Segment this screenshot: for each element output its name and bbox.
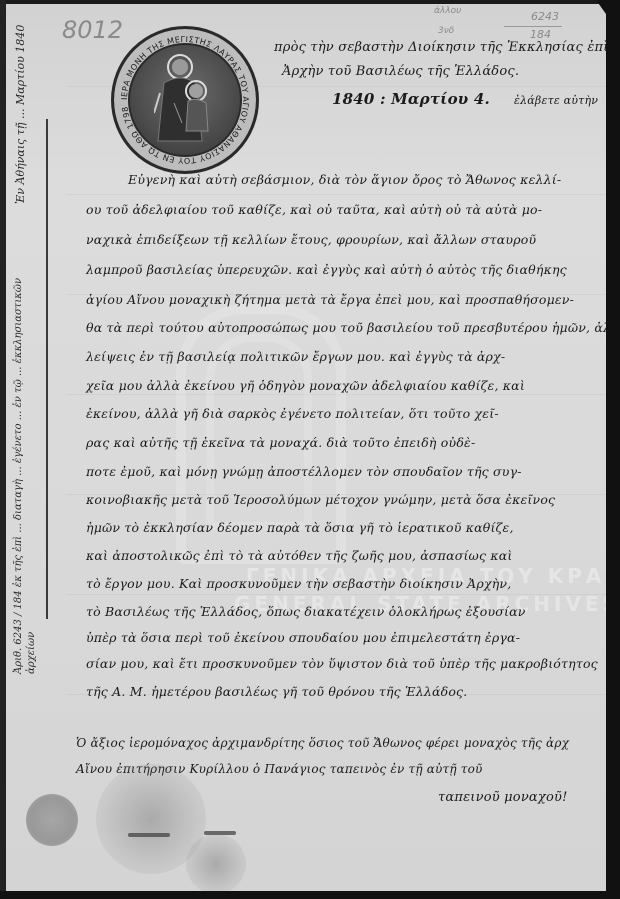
ink-smear [128,833,170,837]
fraction-line [504,26,562,27]
letter-date: 1840 : Μαρτίου 4. [332,90,490,108]
body-line: τὸ ἔργον μου. Καὶ προσκυνοῦμεν τὴν σεβασ… [86,576,511,591]
reference-numerator: 6243 [531,10,559,23]
monastery-seal: ΙΕΡΑ ΜΟΝΗ ΤΗΣ ΜΕΓΙΣΤΗΣ ΛΑΥΡΑΣ ΤΟΥ ΑΓΙΟΥ … [111,26,259,174]
corner-fold [596,0,606,14]
body-line: Εὐγενὴ καὶ αὐτὴ σεβάσμιον, διὰ τὸν ἅγιον… [128,172,561,187]
scan-edge-left [0,0,6,899]
body-line: ναχικὰ ἐπιδείξεων τῇ κελλίων ἔτους, φρου… [86,232,536,247]
ink-smear [204,831,236,835]
margin-note-top: Ἐν Ἀθήναις τῇ ... Μαρτίου 1840 [14,25,27,204]
ink-blot [186,834,246,892]
body-line: τὸ Βασιλέως τῆς Ἑλλάδος, ὅπως διακατέχει… [86,604,526,619]
heading-line-1: πρὸς τὴν σεβαστὴν Διοίκησιν τῆς Ἐκκλησία… [274,40,606,55]
body-line: τῆς Α. Μ. ἡμετέρου βασιλέως γῆ τοῦ θρόνο… [86,684,467,699]
margin-note-middle: Ἀριθ. 6243 / 184 ἐκ τῆς ἐπὶ ... διαταγὴ … [12,274,38,674]
body-line: ἁγίου Αἴνου μοναχικὴ ζήτημα μετὰ τὰ ἔργα… [86,292,574,307]
margin-rule [46,119,48,619]
pencil-scribble: ἀλλου [434,6,461,16]
body-line: ποτε ἐμοῦ, καὶ μόνῃ γνώμῃ ἀποστέλλομεν τ… [86,464,522,479]
signature: ταπεινοῦ μοναχοῦ! [438,790,568,805]
closing-line-1: Ὁ ἄξιος ἱερομόναχος ἀρχιμανδρίτης ὅσιος … [76,736,569,750]
body-line: θα τὰ περὶ τούτου αὐτοπροσώπως μου τοῦ β… [86,320,606,335]
virgin-and-child-icon [154,53,216,145]
body-line: καὶ ἀποστολικῶς ἐπὶ τὸ τὰ αὐτόθεν τῆς ζω… [86,548,512,563]
pencil-scribble-2: 3νδ [438,26,454,36]
heading-line-2: Ἀρχὴν τοῦ Βασιλέως τῆς Ἑλλάδος. [282,64,519,79]
manuscript-page: ΓΕΝΙΚΑ ΑΡΧΕΙΑ ΤΟΥ ΚΡΑΤΟΥΣ GENERAL STATE … [6,4,606,892]
body-line: ὑπὲρ τὰ ὅσια περὶ τοῦ ἐκείνου σπουδαίου … [86,630,520,645]
body-line: ἡμῶν τὸ ἐκκλησίαν δέομεν παρὰ τὰ ὅσια γῆ… [86,520,514,535]
letter-date-note: ἐλάβετε αὐτὴν [514,94,598,107]
body-line: κοινοβιακῆς μετὰ τοῦ Ἱεροσολύμων μέτοχον… [86,492,555,507]
body-line: λαμπροῦ βασιλείας ὑπερευχῶν. καὶ ἐγγὺς κ… [86,262,567,277]
body-line: λείψεις ἐν τῇ βασιλείᾳ πολιτικῶν ἔργων μ… [86,349,505,364]
faded-stamp [26,794,78,846]
body-line: ρας καὶ αὐτῆς τῇ ἐκεῖνα τὰ μοναχά. διὰ τ… [86,435,475,450]
scan-edge-right [606,0,620,899]
body-line: ου τοῦ ἀδελφιαίου τοῦ καθίζε, καὶ οὐ ταῦ… [86,202,542,217]
body-line: σίαν μου, καὶ ἔτι προσκυνοῦμεν τὸν ὕψιστ… [86,656,598,671]
body-line: ἐκείνου, ἀλλὰ γῆ διὰ σαρκὸς ἐγένετο πολι… [86,406,499,421]
body-line: χεῖα μου ἀλλὰ ἐκείνου γῆ ὁδηγὸν μοναχῶν … [86,378,525,393]
scan-edge-bottom [0,891,620,899]
